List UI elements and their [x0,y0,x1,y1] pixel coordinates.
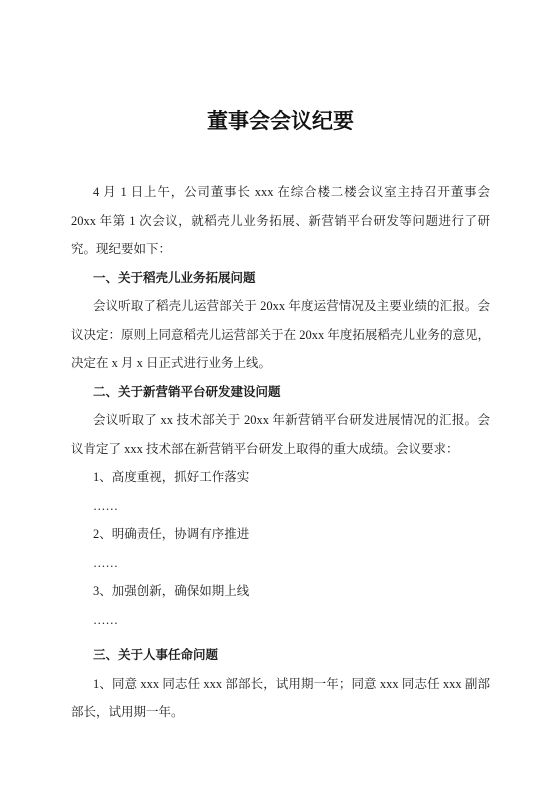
section-2-heading: 二、关于新营销平台研发建设问题 [71,378,490,407]
requirement-item-3: 3、加强创新，确保如期上线 [71,577,490,606]
section-2-paragraph: 会议听取了 xx 技术部关于 20xx 年新营销平台研发进展情况的汇报。会议肯定… [71,406,490,463]
document-page: 董事会会议纪要 4 月 1 日上午，公司董事长 xxx 在综合楼二楼会议室主持召… [0,0,560,792]
section-1-paragraph: 会议听取了稻壳儿运营部关于 20xx 年度运营情况及主要业绩的汇报。会议决定：原… [71,292,490,378]
intro-paragraph: 4 月 1 日上午，公司董事长 xxx 在综合楼二楼会议室主持召开董事会 20x… [71,178,490,264]
ellipsis-line: …… [71,549,490,578]
document-title: 董事会会议纪要 [71,106,490,136]
section-3-heading: 三、关于人事任命问题 [71,641,490,670]
section-1-heading: 一、关于稻壳儿业务拓展问题 [71,264,490,293]
ellipsis-line: …… [71,492,490,521]
requirement-item-1: 1、高度重视，抓好工作落实 [71,463,490,492]
section-3-paragraph: 1、同意 xxx 同志任 xxx 部部长，试用期一年；同意 xxx 同志任 xx… [71,670,490,727]
requirement-item-2: 2、明确责任，协调有序推进 [71,520,490,549]
ellipsis-line: …… [71,606,490,635]
document-body: 4 月 1 日上午，公司董事长 xxx 在综合楼二楼会议室主持召开董事会 20x… [71,178,490,727]
